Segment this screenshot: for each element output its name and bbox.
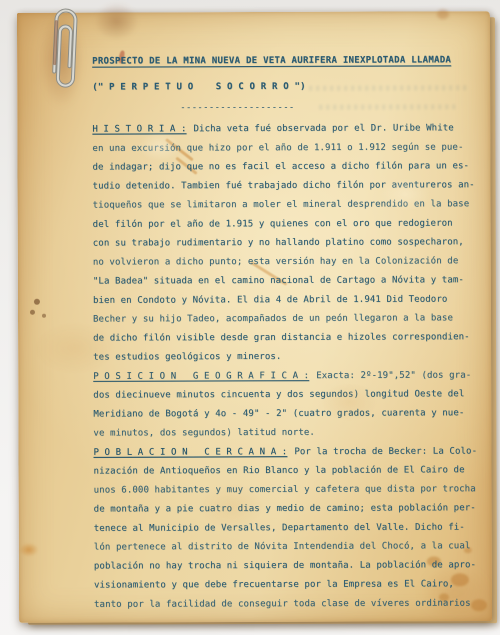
text-line: población no hay trocha ni siquiera de m… <box>94 556 484 576</box>
text-line: Dicha veta fué observada por el Dr. Urib… <box>193 123 453 134</box>
text-line: nización de Antioqueños en Rio Blanco y … <box>94 461 484 481</box>
text-line: tes estudios geológicos y mineros. <box>93 347 483 367</box>
top-edge-stain <box>94 2 139 40</box>
top-right-spot <box>437 9 449 19</box>
text-line: con su trabajo rudimentario y no halland… <box>93 233 483 253</box>
text-line: Becher y su hijo Tadeo, acompañados de u… <box>93 309 483 329</box>
document-title: PROSPECTO DE LA MINA NUEVA DE VETA AURIF… <box>92 55 482 82</box>
section-heading-historia: H I S T O R I A : <box>92 124 186 134</box>
document-page: PROSPECTO DE LA MINA NUEVA DE VETA AURIF… <box>17 11 492 623</box>
ink-speck <box>42 314 46 318</box>
text-line: tenece al Municipio de Versalles, Depart… <box>94 519 484 539</box>
ink-speck <box>30 310 35 315</box>
text-line: P O S I C I O N G E O G R A F I C A :Exa… <box>93 367 483 387</box>
text-line: no volvieron a dicho punto; esta versión… <box>93 252 483 272</box>
section-heading-posicion-geografica: P O S I C I O N G E O G R A F I C A : <box>93 371 309 382</box>
document-text: PROSPECTO DE LA MINA NUEVA DE VETA AURIF… <box>92 55 484 614</box>
corner-stain <box>19 543 39 557</box>
text-line: de montaña y a pie cuatro dias y medio d… <box>94 499 484 519</box>
section-heading-poblacion-cercana: P O B L A C I O N C E R C A N A : <box>93 447 287 458</box>
text-line: tioqueños que se limitaron a moler el mi… <box>93 195 483 215</box>
ink-speck <box>34 299 40 305</box>
text-line: lón pertenece al distrito de Nóvita Inte… <box>94 537 484 557</box>
text-line: bien en Condoto y Nóvita. El dia 4 de Ab… <box>93 291 483 311</box>
text-line: de dicho filón visible desde gran distan… <box>93 328 483 348</box>
text-line: unos 6.000 habitantes y muy comercial y … <box>94 480 484 500</box>
text-line: en una excursión que hizo por el año de … <box>92 139 482 159</box>
text-line: tudio detenido. Tambien fué trabajado di… <box>93 176 483 196</box>
text-line: del filón por el año de 1.915 y quienes … <box>93 215 483 235</box>
text-line: ve minutos, dos segundos) latitud norte. <box>93 423 483 443</box>
text-line: Meridiano de Bogotá y 4o - 49" - 2" (cua… <box>93 404 483 424</box>
text-line: H I S T O R I A :Dicha veta fué observad… <box>92 119 482 139</box>
document-subtitle: (" P E R P E T U O S O C O R R O ") <box>92 81 482 103</box>
paperclip-icon <box>42 3 86 104</box>
text-line: "La Badea" situada en el camino nacional… <box>93 271 483 291</box>
text-line: P O B L A C I O N C E R C A N A :Por la … <box>93 443 483 463</box>
title-separator: -------------------- <box>180 102 482 120</box>
text-line: Exacta: 2º-19",52" (dos gra- <box>316 371 471 382</box>
text-line: dos diecinueve minutos cincuenta y dos s… <box>93 385 483 405</box>
text-line: visionamiento y que debe frecuentarse po… <box>94 575 484 595</box>
text-line: de indagar; dijo que no es facil el acce… <box>92 157 482 177</box>
text-line: Por la trocha de Becker: La Colo- <box>294 447 477 458</box>
text-line: tanto por la facilidad de conseguir toda… <box>94 595 484 615</box>
photo-background: PROSPECTO DE LA MINA NUEVA DE VETA AURIF… <box>0 0 500 635</box>
